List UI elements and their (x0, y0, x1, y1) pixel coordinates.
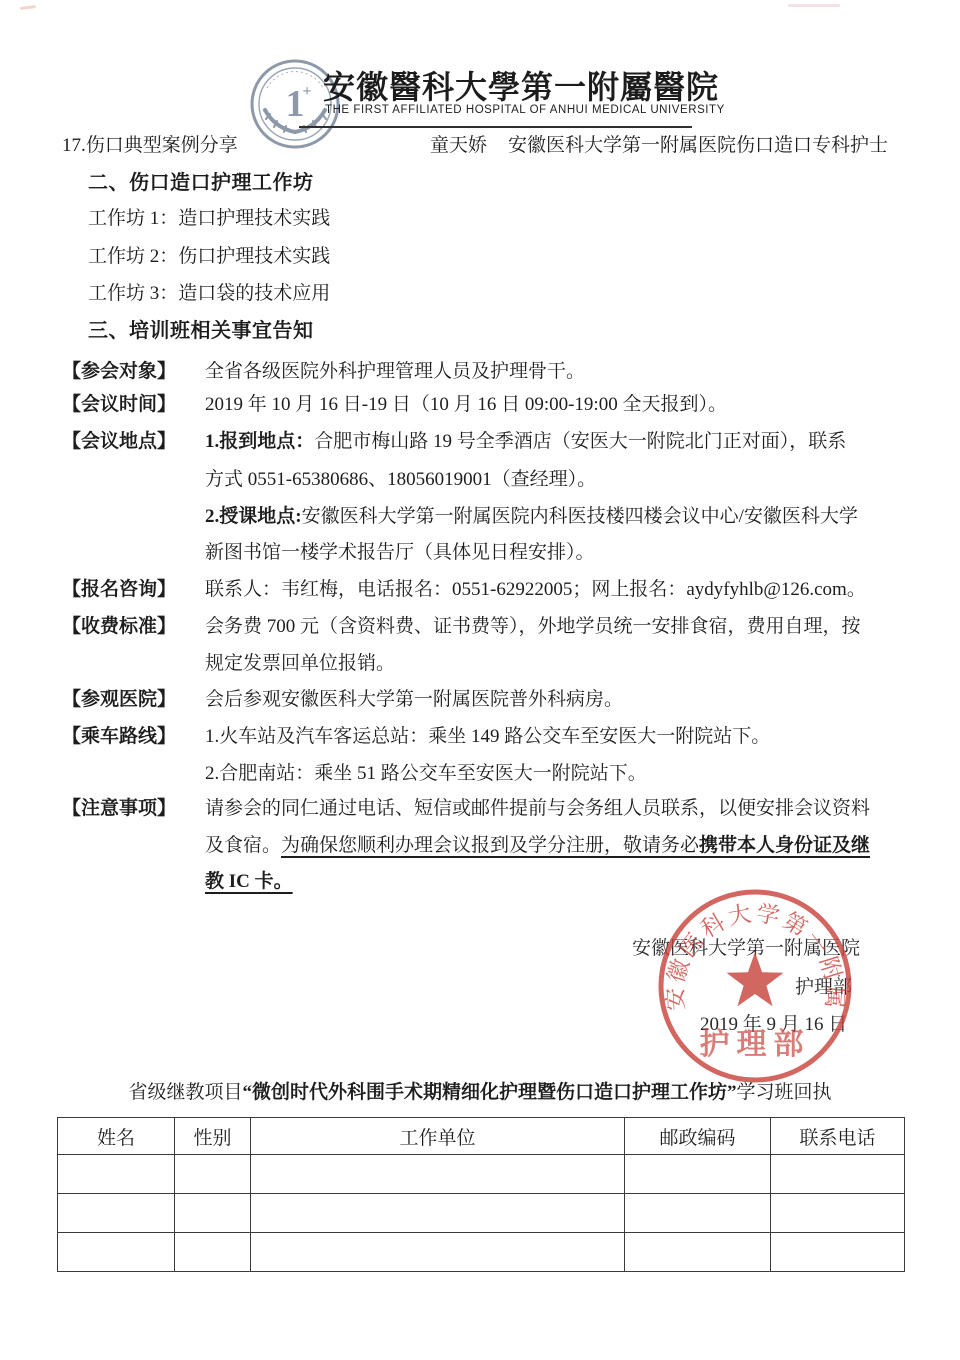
notice-visit: 【参观医院】会后参观安徽医科大学第一附属医院普外科病房。 (62, 687, 623, 713)
notice-notes-line3: 教 IC 卡。 (205, 869, 293, 895)
notes-line2-bold-underlined: 携带本人身份证及继 (699, 835, 870, 856)
reply-table-header-row: 姓名性别工作单位邮政编码联系电话 (58, 1118, 905, 1155)
column-header: 联系电话 (771, 1118, 905, 1155)
fee-label: 【收费标准】 (62, 614, 205, 640)
table-row (58, 1194, 905, 1233)
workshop-item-2: 工作坊 2：伤口护理技术实践 (88, 244, 330, 270)
reply-title-suffix: 学习班回执 (737, 1082, 832, 1103)
table-cell (175, 1155, 251, 1194)
notes-line1-text: 请参会的同仁通过电话、短信或邮件提前与会务组人员联系，以便安排会议资料 (205, 798, 870, 819)
fee-line1-text: 会务费 700 元（含资料费、证书费等），外地学员统一安排食宿，费用自理，按 (205, 616, 861, 637)
notice-fee-line2: 规定发票回单位报销。 (205, 651, 395, 677)
signature-date: 2019 年 9 月 16 日 (700, 1012, 847, 1038)
scan-artifact (788, 4, 840, 7)
notice-notes-line2: 及食宿。为确保您顺利办理会议报到及学分注册，敬请务必携带本人身份证及继 (205, 833, 870, 859)
time-text: 2019 年 10 月 16 日-19 日（10 月 16 日 09:00-19… (205, 394, 727, 415)
notice-venue-line2: 方式 0551-65380686、18056019001（查经理）。 (205, 467, 596, 493)
table-cell (58, 1233, 175, 1272)
document-page: 1 + 安徽醫科大學第一附屬醫院 THE FIRST AFFILIATED HO… (0, 0, 960, 1360)
hospital-name-en: THE FIRST AFFILIATED HOSPITAL OF ANHUI M… (325, 104, 725, 116)
section2-heading: 二、伤口造口护理工作坊 (88, 166, 314, 195)
venue-line3-text: 安徽医科大学第一附属医院内科医技楼四楼会议中心/安徽医科大学 (302, 506, 858, 527)
notice-registration: 【报名咨询】联系人：韦红梅，电话报名：0551-62922005；网上报名：ay… (62, 577, 866, 603)
visit-text: 会后参观安徽医科大学第一附属医院普外科病房。 (205, 689, 623, 710)
agenda-speaker: 童天娇 (430, 133, 487, 159)
reply-slip-title: 省级继教项目“微创时代外科围手术期精细化护理暨伤口造口护理工作坊”学习班回执 (0, 1080, 960, 1106)
scan-artifact (20, 5, 36, 10)
signature-org: 安徽医科大学第一附属医院 (632, 936, 860, 962)
table-cell (625, 1155, 771, 1194)
notes-line2-plain: 及食宿。 (205, 835, 281, 856)
table-cell (625, 1194, 771, 1233)
header-underline (299, 126, 692, 128)
section3-heading: 三、培训班相关事宜告知 (88, 314, 314, 343)
column-header: 姓名 (58, 1118, 175, 1155)
reply-title-bold: “微创时代外科围手术期精细化护理暨伤口造口护理工作坊” (242, 1082, 736, 1103)
registration-text: 联系人：韦红梅，电话报名：0551-62922005；网上报名：aydyfyhl… (205, 579, 866, 600)
notice-attendees: 【参会对象】全省各级医院外科护理管理人员及护理骨干。 (62, 359, 585, 385)
time-label: 【会议时间】 (62, 392, 205, 418)
column-header: 邮政编码 (625, 1118, 771, 1155)
agenda-item-17: 17.伤口典型案例分享 (62, 133, 238, 159)
notice-route-line2: 2.合肥南站：乘坐 51 路公交车至安医大一附院站下。 (205, 761, 647, 787)
reply-title-prefix: 省级继教项目 (128, 1082, 242, 1103)
registration-label: 【报名咨询】 (62, 577, 205, 603)
notice-notes-line1: 【注意事项】请参会的同仁通过电话、短信或邮件提前与会务组人员联系，以便安排会议资… (62, 796, 870, 822)
notice-fee-line1: 【收费标准】会务费 700 元（含资料费、证书费等），外地学员统一安排食宿，费用… (62, 614, 861, 640)
notice-time: 【会议时间】2019 年 10 月 16 日-19 日（10 月 16 日 09… (62, 392, 727, 418)
notes-label: 【注意事项】 (62, 796, 205, 822)
table-cell (251, 1233, 625, 1272)
table-row (58, 1155, 905, 1194)
route-label: 【乘车路线】 (62, 724, 205, 750)
column-header: 性别 (175, 1118, 251, 1155)
venue-line1-lead: 1.报到地点： (205, 431, 314, 452)
notes-line3-bold-underlined: 教 IC 卡。 (205, 871, 293, 892)
venue-label: 【会议地点】 (62, 429, 205, 455)
table-cell (58, 1155, 175, 1194)
table-cell (771, 1194, 905, 1233)
table-cell (771, 1155, 905, 1194)
table-cell (251, 1194, 625, 1233)
table-cell (625, 1233, 771, 1272)
table-cell (771, 1233, 905, 1272)
table-cell (58, 1194, 175, 1233)
attendees-text: 全省各级医院外科护理管理人员及护理骨干。 (205, 361, 585, 382)
agenda-affiliation: 安徽医科大学第一附属医院伤口造口专科护士 (508, 133, 888, 159)
reply-table-body (58, 1155, 905, 1272)
column-header: 工作单位 (251, 1118, 625, 1155)
attendees-label: 【参会对象】 (62, 359, 205, 385)
venue-line3-lead: 2.授课地点: (205, 506, 302, 527)
svg-text:+: + (302, 83, 311, 100)
notice-venue-line4: 新图书馆一楼学术报告厅（具体见日程安排）。 (205, 540, 595, 566)
notice-venue-line3: 2.授课地点:安徽医科大学第一附属医院内科医技楼四楼会议中心/安徽医科大学 (205, 504, 858, 530)
hospital-name-zh: 安徽醫科大學第一附屬醫院 (323, 62, 719, 108)
notes-line2-underlined: 为确保您顺利办理会议报到及学分注册，敬请务必 (281, 835, 699, 856)
visit-label: 【参观医院】 (62, 687, 205, 713)
table-row (58, 1233, 905, 1272)
signature-dept: 护理部 (795, 975, 852, 1001)
notice-venue-line1: 【会议地点】1.报到地点：合肥市梅山路 19 号全季酒店（安医大一附院北门正对面… (62, 429, 846, 455)
workshop-item-3: 工作坊 3：造口袋的技术应用 (88, 281, 330, 307)
notice-route-line1: 【乘车路线】1.火车站及汽车客运总站：乘坐 149 路公交车至安医大一附院站下。 (62, 724, 770, 750)
table-cell (175, 1194, 251, 1233)
route-line1-text: 1.火车站及汽车客运总站：乘坐 149 路公交车至安医大一附院站下。 (205, 726, 770, 747)
workshop-item-1: 工作坊 1：造口护理技术实践 (88, 206, 330, 232)
table-cell (251, 1155, 625, 1194)
reply-slip-table: 姓名性别工作单位邮政编码联系电话 (57, 1117, 905, 1272)
venue-line1-text: 合肥市梅山路 19 号全季酒店（安医大一附院北门正对面），联系 (314, 431, 846, 452)
table-cell (175, 1233, 251, 1272)
